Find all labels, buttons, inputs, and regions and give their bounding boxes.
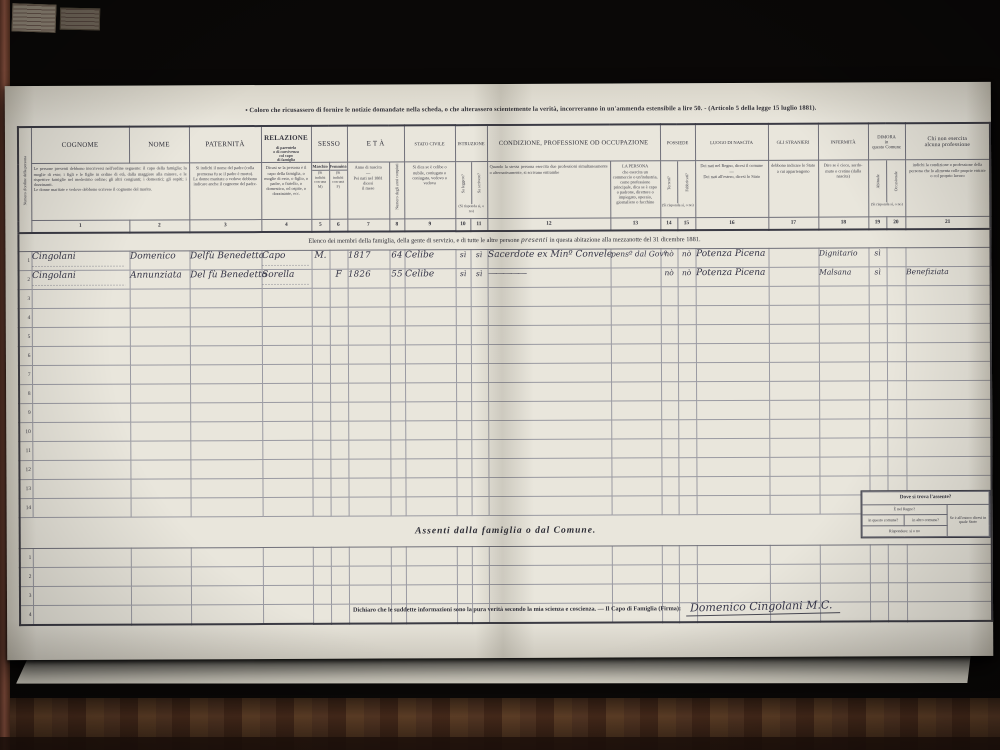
empty-cell [313, 548, 331, 567]
empty-cell [869, 400, 887, 419]
empty-cell [190, 403, 262, 422]
cell-stranieri [769, 248, 819, 267]
empty-cell [262, 403, 312, 422]
empty-cell [331, 586, 349, 605]
empty-cell [819, 381, 869, 400]
cell-sa-leggere: sì [456, 269, 471, 288]
empty-cell [488, 439, 611, 459]
cell-fabbricati: nò [678, 249, 696, 268]
empty-cell [696, 363, 769, 382]
empty-cell [348, 478, 390, 497]
empty-cell [770, 545, 820, 564]
empty-cell [330, 289, 348, 308]
empty-cell [406, 547, 457, 566]
cell-sesso-m: M. [311, 251, 329, 270]
empty-cell [330, 422, 348, 441]
empty-cell [456, 440, 471, 459]
empty-cell [131, 567, 191, 586]
subcol-maschio: Maschio(Si indichi con una M) [311, 163, 329, 220]
row-number: 12 [19, 461, 32, 480]
empty-cell [262, 460, 312, 479]
empty-cell [870, 583, 888, 602]
empty-cell [405, 383, 456, 402]
subcols-istruzione: Sa leggere?Sa scrivere? (Si risponda sì,… [455, 162, 487, 219]
empty-cell [131, 548, 191, 567]
empty-cell [611, 401, 661, 420]
subcol-femmina: Femmina(Si indichi con una F) [329, 163, 347, 220]
col-group-dimora: DIMORA in questo Comune [868, 123, 905, 160]
empty-cell [331, 548, 349, 567]
empty-cell [32, 403, 130, 422]
empty-cell [312, 441, 330, 460]
empty-cell [869, 343, 887, 362]
row-number: 14 [20, 499, 33, 518]
empty-cell [313, 567, 331, 586]
cell-professione: Sacerdote ex Minº Convele [488, 249, 611, 269]
empty-cell [33, 586, 131, 605]
empty-cell [887, 324, 906, 343]
cell-luogo-nascita: Potenza Picena [696, 268, 769, 287]
empty-cell [330, 365, 348, 384]
cell-chi-non-esercita: Benefiziata [906, 267, 991, 286]
empty-cell [312, 403, 330, 422]
empty-cell [869, 381, 887, 400]
empty-cell [869, 438, 887, 457]
empty-cell [678, 325, 696, 344]
empty-cell [488, 401, 611, 421]
cell-sa-scrivere: sì [471, 269, 488, 288]
empty-cell [471, 383, 488, 402]
empty-cell [471, 402, 488, 421]
cell-la-persona [611, 268, 661, 287]
empty-cell [130, 289, 190, 308]
empty-cell [888, 583, 907, 602]
empty-cell [887, 457, 906, 476]
empty-cell [130, 365, 190, 384]
empty-cell [32, 308, 130, 327]
empty-cell [887, 286, 906, 305]
cell-paternita: Del fù Benedetto [190, 270, 262, 289]
empty-cell [131, 498, 191, 517]
empty-cell [907, 583, 992, 602]
cell-sesso-f [329, 251, 347, 270]
empty-cell [349, 566, 391, 585]
cell-dimora-abituale: sì [869, 267, 887, 286]
empty-cell [456, 478, 471, 497]
empty-cell [612, 496, 662, 515]
empty-cell [488, 458, 611, 478]
empty-cell [130, 346, 190, 365]
empty-cell [471, 440, 488, 459]
empty-cell [662, 565, 679, 584]
note-la-persona: LA PERSONA che esercita un commercio o u… [610, 161, 660, 218]
empty-cell [679, 565, 697, 584]
empty-cell [611, 325, 661, 344]
empty-cell [696, 287, 769, 306]
empty-cell [405, 288, 456, 307]
empty-cell [769, 457, 819, 476]
empty-cell [612, 565, 662, 584]
empty-cell [348, 383, 390, 402]
cell-infermita: Malsana [819, 267, 869, 286]
empty-cell [906, 400, 991, 419]
empty-cell [870, 564, 888, 583]
empty-cell [190, 346, 262, 365]
cell-paternita: Delfù Benedetto [189, 251, 261, 270]
empty-cell [330, 346, 348, 365]
empty-cell [130, 441, 190, 460]
empty-cell [391, 566, 406, 585]
empty-cell [313, 586, 331, 605]
empty-cell [678, 439, 696, 458]
absent-box-title: Dove si trova l'assente? [862, 491, 989, 504]
empty-cell [769, 419, 819, 438]
declaration-text: Dichiaro che le suddette informazioni so… [353, 605, 681, 613]
empty-cell [769, 343, 819, 362]
empty-cell [130, 384, 190, 403]
cell-stato-civile: Celibe [405, 269, 456, 288]
row-number: 3 [20, 587, 33, 606]
empty-cell [696, 382, 769, 401]
empty-cell [390, 288, 405, 307]
empty-cell [390, 440, 405, 459]
empty-cell [820, 564, 870, 583]
empty-cell [472, 497, 489, 516]
note-professione: Quando la stessa persona esercita due pr… [487, 161, 610, 219]
row-number: 4 [20, 606, 33, 626]
empty-cell [405, 345, 456, 364]
empty-cell [32, 479, 130, 498]
empty-cell [906, 457, 991, 476]
head-of-family-signature: Domenico Cingolani M.C. [685, 598, 840, 616]
cell-terreni: nò [661, 268, 678, 287]
cell-stranieri [769, 267, 819, 286]
empty-cell [870, 545, 888, 564]
empty-cell [405, 459, 456, 478]
empty-cell [32, 422, 130, 441]
empty-cell [661, 344, 678, 363]
empty-cell [32, 289, 130, 308]
empty-cell [457, 547, 472, 566]
empty-cell [887, 343, 906, 362]
cell-sesso-f: F [330, 270, 348, 289]
empty-cell [906, 286, 991, 305]
empty-cell [661, 306, 678, 325]
empty-cell [678, 401, 696, 420]
empty-cell [611, 458, 661, 477]
empty-cell [819, 305, 869, 324]
empty-cell [348, 345, 390, 364]
empty-cell [488, 287, 611, 307]
subcols-dimora: AbitualeOccasionale (Si risponda sì, o n… [868, 160, 905, 217]
empty-cell [870, 602, 888, 622]
empty-cell [262, 346, 312, 365]
empty-cell [769, 305, 819, 324]
empty-cell [819, 343, 869, 362]
empty-cell [348, 440, 390, 459]
empty-cell [471, 345, 488, 364]
subcols-possiede: Terreni?Fabbricati? (Si risponda sì, o n… [660, 161, 695, 218]
empty-cell [661, 287, 678, 306]
empty-cell [406, 566, 457, 585]
empty-cell [770, 564, 820, 583]
row-number: 9 [19, 404, 32, 423]
empty-cell [678, 382, 696, 401]
cell-relazione: Capo [261, 251, 311, 270]
col-group-eta: E T À [347, 125, 404, 162]
empty-cell [769, 400, 819, 419]
empty-cell [906, 305, 991, 324]
empty-cell [678, 306, 696, 325]
row-number: 3 [19, 290, 32, 309]
empty-cell [263, 586, 313, 605]
empty-cell [471, 459, 488, 478]
empty-cell [262, 422, 312, 441]
empty-cell [488, 306, 611, 326]
empty-cell [906, 419, 991, 438]
empty-cell [611, 287, 661, 306]
cell-anni: 64 [389, 250, 404, 269]
empty-cell [190, 289, 262, 308]
empty-cell [611, 439, 661, 458]
empty-cell [390, 478, 405, 497]
empty-cell [697, 546, 770, 565]
empty-cell [457, 566, 472, 585]
empty-cell [696, 458, 769, 477]
empty-cell [191, 548, 263, 567]
empty-cell [405, 307, 456, 326]
empty-cell [312, 365, 330, 384]
empty-cell [262, 308, 312, 327]
empty-cell [471, 326, 488, 345]
cell-infermita: Dignitario [819, 248, 869, 267]
cell-anno-nascita: 1826 [348, 269, 390, 288]
subcol-anno-nascita: Anno di nascita — Pei nati nel 1881 dice… [347, 162, 389, 219]
empty-cell [770, 495, 820, 514]
empty-cell [33, 605, 131, 625]
empty-cell [907, 564, 992, 583]
empty-cell [390, 459, 405, 478]
row-number: 10 [19, 423, 32, 442]
empty-cell [391, 497, 406, 516]
empty-cell [819, 362, 869, 381]
empty-cell [488, 363, 611, 383]
empty-cell [190, 479, 262, 498]
empty-cell [312, 346, 330, 365]
note-stato-civile: Si dica se è celibe o nubile, coniugato … [404, 162, 455, 219]
empty-cell [190, 384, 262, 403]
empty-cell [907, 545, 992, 564]
empty-cell [312, 327, 330, 346]
empty-cell [263, 605, 313, 625]
empty-cell [887, 419, 906, 438]
empty-cell [471, 288, 488, 307]
empty-cell [313, 498, 331, 517]
empty-cell [130, 403, 190, 422]
empty-cell [697, 565, 770, 584]
empty-cell [330, 479, 348, 498]
absent-box-regno: È nel Regno? [862, 504, 947, 515]
row-number: 6 [19, 347, 32, 366]
col-header-cognome: COGNOME [31, 127, 129, 164]
empty-cell [888, 564, 907, 583]
empty-cell [887, 381, 906, 400]
empty-cell [661, 325, 678, 344]
absent-section-title: Assenti dalla famiglia o dal Comune. [415, 526, 596, 537]
empty-cell [488, 325, 611, 345]
empty-cell [33, 548, 131, 567]
note-luogo-nascita: Dei nati nel Regno, dicesi il comune — D… [695, 161, 768, 218]
empty-cell [390, 421, 405, 440]
col-header-stranieri: GLI STRANIERI [768, 124, 818, 161]
empty-cell [696, 306, 769, 325]
col-group-possiede: POSSIEDE [660, 124, 695, 161]
empty-cell [679, 477, 697, 496]
row-number: 8 [19, 385, 32, 404]
empty-cell [678, 363, 696, 382]
empty-cell [489, 496, 612, 516]
empty-cell [191, 567, 263, 586]
empty-cell [611, 344, 661, 363]
empty-cell [330, 308, 348, 327]
empty-cell [696, 325, 769, 344]
empty-cell [130, 460, 190, 479]
empty-cell [348, 421, 390, 440]
empty-cell [190, 441, 262, 460]
empty-cell [906, 381, 991, 400]
empty-cell [312, 479, 330, 498]
empty-cell [661, 420, 678, 439]
empty-cell [611, 420, 661, 439]
empty-cell [330, 384, 348, 403]
empty-cell [348, 364, 390, 383]
empty-cell [405, 402, 456, 421]
empty-cell [887, 438, 906, 457]
empty-cell [390, 383, 405, 402]
empty-cell [331, 498, 349, 517]
empty-cell [32, 384, 130, 403]
empty-cell [819, 457, 869, 476]
empty-cell [769, 324, 819, 343]
cell-luogo-nascita: Potenza Picena [696, 249, 769, 268]
empty-cell [887, 362, 906, 381]
empty-cell [906, 438, 991, 457]
empty-cell [696, 401, 769, 420]
row-number: 1 [18, 252, 31, 271]
empty-cell [819, 419, 869, 438]
empty-cell [32, 441, 130, 460]
empty-cell [405, 421, 456, 440]
empty-cell [348, 459, 390, 478]
empty-cell [390, 345, 405, 364]
empty-cell [405, 364, 456, 383]
empty-cell [131, 586, 191, 605]
empty-cell [391, 547, 406, 566]
cell-anni: 55 [390, 269, 405, 288]
empty-cell [262, 327, 312, 346]
empty-cell [390, 326, 405, 345]
empty-cell [312, 384, 330, 403]
empty-cell [888, 602, 907, 622]
empty-cell [471, 307, 488, 326]
empty-cell [457, 497, 472, 516]
absent-box-altro-comune: in altro comune? [904, 515, 946, 526]
empty-cell [696, 420, 769, 439]
empty-cell [312, 289, 330, 308]
absent-box-questo-comune: in questo comune? [862, 515, 904, 526]
cell-nome: Domenico [129, 251, 189, 270]
empty-cell [819, 324, 869, 343]
empty-cell [405, 440, 456, 459]
empty-cell [489, 565, 612, 585]
cell-sa-scrivere: sì [471, 250, 488, 269]
empty-cell [390, 402, 405, 421]
absent-locator-box: Dove si trova l'assente? È nel Regno? Se… [861, 490, 991, 539]
col-header-luogo-nascita: LUOGO DI NASCITA [695, 124, 768, 161]
empty-cell [612, 546, 662, 565]
empty-cell [405, 326, 456, 345]
empty-cell [869, 362, 887, 381]
subcol-anni-compiuti: Numero degli anni compiuti [389, 162, 404, 219]
empty-cell [390, 307, 405, 326]
empty-cell [611, 363, 661, 382]
empty-cell [456, 421, 471, 440]
empty-cell [32, 327, 130, 346]
empty-cell [488, 382, 611, 402]
empty-cell [330, 441, 348, 460]
empty-cell [348, 307, 390, 326]
row-number: 2 [19, 271, 32, 290]
empty-cell [456, 364, 471, 383]
empty-cell [661, 382, 678, 401]
empty-cell [887, 305, 906, 324]
note-stranieri: debbono indicare lo Stato a cui apparten… [768, 160, 818, 217]
empty-cell [662, 496, 679, 515]
empty-cell [348, 326, 390, 345]
empty-cell [131, 605, 191, 625]
empty-cell [472, 547, 489, 566]
empty-cell [906, 343, 991, 362]
empty-cell [869, 419, 887, 438]
row-number: 2 [20, 568, 33, 587]
empty-cell [697, 477, 770, 496]
empty-cell [869, 457, 887, 476]
col-group-istruzione: ISTRUZIONE [455, 125, 487, 162]
empty-cell [263, 498, 313, 517]
empty-cell [662, 546, 679, 565]
row-number: 5 [19, 328, 32, 347]
empty-cell [190, 327, 262, 346]
declaration-line: Dichiaro che le suddette informazioni so… [353, 600, 840, 617]
empty-cell [456, 383, 471, 402]
row-number: 13 [19, 480, 32, 499]
cell-relazione: Sorella [262, 270, 312, 289]
empty-cell [32, 346, 130, 365]
empty-cell [349, 497, 391, 516]
cell-dimora-occasionale [887, 248, 906, 267]
empty-cell [770, 476, 820, 495]
empty-cell [262, 479, 312, 498]
empty-cell [456, 459, 471, 478]
row-number: 4 [19, 309, 32, 328]
empty-cell [405, 478, 456, 497]
empty-cell [678, 287, 696, 306]
cell-sesso-m [312, 270, 330, 289]
cell-dimora-occasionale [887, 267, 906, 286]
empty-cell [32, 365, 130, 384]
empty-cell [678, 344, 696, 363]
empty-cell [456, 307, 471, 326]
